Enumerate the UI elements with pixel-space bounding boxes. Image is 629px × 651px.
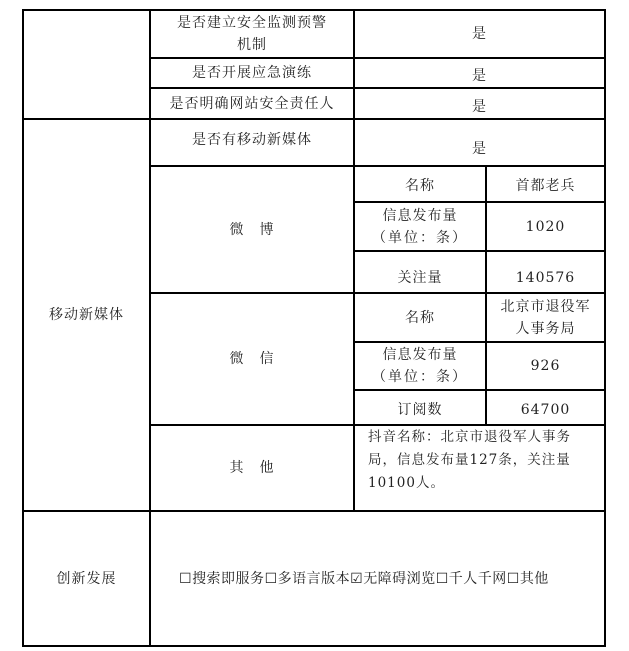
option-accessibility[interactable]: ☑无障碍浏览: [350, 568, 436, 590]
weibo-followers-value: 140576: [487, 252, 604, 292]
label-line: 信息发布量: [383, 205, 458, 227]
weibo-followers-label: 关注量: [355, 252, 485, 292]
option-label: 搜索即服务: [192, 571, 265, 587]
text-line: 10100人。: [368, 472, 445, 495]
weibo-posts-label: 信息发布量 （单位：条）: [355, 203, 485, 250]
label-line: 机制: [237, 34, 267, 56]
wechat-subscribers-label: 订阅数: [355, 391, 485, 424]
option-label: 其他: [520, 571, 549, 587]
checkbox-unchecked-icon[interactable]: ☐: [179, 571, 192, 587]
has-mobile-media-value: 是: [355, 120, 604, 165]
wechat-posts-value: 926: [487, 343, 604, 389]
weibo-posts-value: 1020: [487, 203, 604, 250]
wechat-name-value: 北京市退役军 人事务局: [487, 294, 604, 341]
other-media-label: 其 他: [151, 426, 353, 510]
text-line: 抖音名称：北京市退役军人事务: [368, 426, 571, 449]
divider: [22, 645, 606, 647]
wechat-name-label: 名称: [355, 294, 485, 341]
checkbox-unchecked-icon[interactable]: ☐: [436, 571, 449, 587]
option-label: 无障碍浏览: [363, 571, 436, 587]
value-line: 北京市退役军: [501, 296, 591, 318]
has-mobile-media-label: 是否有移动新媒体: [151, 120, 353, 165]
emergency-drill-label: 是否开展应急演练: [151, 59, 353, 87]
weibo-name-value: 首都老兵: [487, 167, 604, 201]
wechat-label: 微 信: [151, 294, 353, 424]
security-monitoring-label: 是否建立安全监测预警 机制: [151, 11, 353, 57]
label-line: 信息发布量: [383, 344, 458, 366]
option-personalized[interactable]: ☐千人千网: [436, 568, 507, 590]
mobile-media-section-label: 移动新媒体: [24, 120, 149, 510]
option-label: 千人千网: [449, 571, 507, 587]
weibo-name-label: 名称: [355, 167, 485, 201]
emergency-drill-value: 是: [355, 59, 604, 91]
security-owner-value: 是: [355, 89, 604, 123]
option-multilingual[interactable]: ☐多语言版本: [265, 568, 351, 590]
wechat-subscribers-value: 64700: [487, 391, 604, 424]
label-line: （单位：条）: [372, 366, 468, 388]
checkbox-unchecked-icon[interactable]: ☐: [265, 571, 278, 587]
option-label: 多语言版本: [278, 571, 351, 587]
text-line: 局，信息发布量127条，关注量: [368, 449, 571, 472]
checkbox-checked-icon[interactable]: ☑: [350, 571, 363, 587]
innovation-options: ☐搜索即服务 ☐多语言版本 ☑无障碍浏览 ☐千人千网 ☐其他: [151, 512, 604, 645]
other-media-text: 抖音名称：北京市退役军人事务 局，信息发布量127条，关注量 10100人。: [368, 426, 604, 510]
innovation-label: 创新发展: [24, 512, 149, 645]
security-monitoring-value: 是: [355, 11, 604, 57]
option-search-as-service[interactable]: ☐搜索即服务: [179, 568, 265, 590]
divider: [604, 9, 606, 647]
wechat-posts-label: 信息发布量 （单位：条）: [355, 343, 485, 389]
label-line: （单位：条）: [372, 227, 468, 249]
label-line: 是否建立安全监测预警: [177, 12, 327, 34]
weibo-label: 微 博: [151, 167, 353, 292]
checkbox-unchecked-icon[interactable]: ☐: [507, 571, 520, 587]
option-other[interactable]: ☐其他: [507, 568, 549, 590]
value-line: 人事务局: [516, 318, 576, 340]
security-owner-label: 是否明确网站安全责任人: [151, 89, 353, 118]
